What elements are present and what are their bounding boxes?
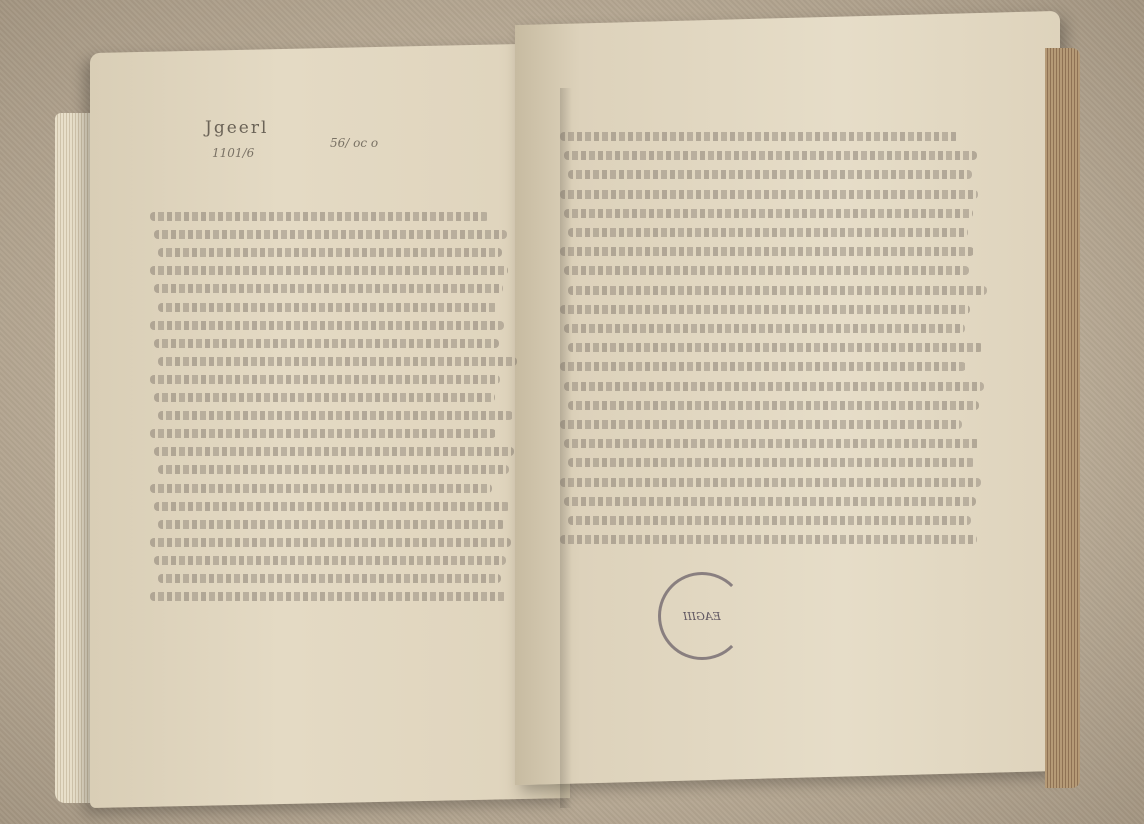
left-page-heading: Jgeerl <box>205 118 268 138</box>
handwriting-line <box>568 343 983 352</box>
right-page <box>515 11 1060 785</box>
library-stamp: EAGIII <box>658 572 746 660</box>
handwriting-line <box>154 502 510 511</box>
handwriting-line <box>564 382 984 391</box>
handwriting-line <box>150 212 489 221</box>
handwriting-line <box>154 284 503 293</box>
handwriting-line <box>158 248 502 257</box>
handwriting-line <box>150 429 496 438</box>
handwriting-line <box>150 592 507 601</box>
handwriting-line <box>150 484 492 493</box>
left-page <box>90 43 570 808</box>
handwriting-line <box>568 228 968 237</box>
handwriting-line <box>560 305 970 314</box>
handwriting-line <box>158 357 517 366</box>
left-page-heading-right: 56/ oc o <box>330 136 378 150</box>
handwriting-line <box>154 393 495 402</box>
handwriting-line <box>158 574 501 583</box>
handwriting-line <box>150 266 508 275</box>
handwriting-line <box>560 535 977 544</box>
handwriting-line <box>560 362 966 371</box>
handwriting-line <box>564 497 976 506</box>
handwriting-line <box>158 411 513 420</box>
handwriting-line <box>564 439 980 448</box>
handwriting-line <box>564 151 977 160</box>
handwriting-line <box>568 516 971 525</box>
handwriting-line <box>560 478 981 487</box>
left-page-subheading: 1101/6 <box>212 146 254 160</box>
stamp-text: EAGIII <box>683 610 721 623</box>
handwriting-line <box>564 209 973 218</box>
handwriting-line <box>158 520 505 529</box>
handwriting-line <box>154 339 499 348</box>
handwriting-line <box>154 447 514 456</box>
right-page-edges <box>1045 48 1080 788</box>
handwriting-line <box>560 247 974 256</box>
handwriting-line <box>154 556 506 565</box>
handwriting-line <box>150 321 504 330</box>
handwriting-line <box>564 324 965 333</box>
handwriting-line <box>564 266 969 275</box>
handwriting-line <box>568 401 979 410</box>
handwriting-line <box>568 286 987 295</box>
handwriting-line <box>150 538 511 547</box>
handwriting-line <box>560 190 978 199</box>
handwriting-line <box>154 230 507 239</box>
handwriting-line <box>560 132 959 141</box>
handwriting-line <box>568 170 972 179</box>
handwriting-line <box>158 303 498 312</box>
handwriting-line <box>150 375 500 384</box>
handwriting-line <box>560 420 962 429</box>
handwriting-line <box>568 458 975 467</box>
handwriting-line <box>158 465 509 474</box>
